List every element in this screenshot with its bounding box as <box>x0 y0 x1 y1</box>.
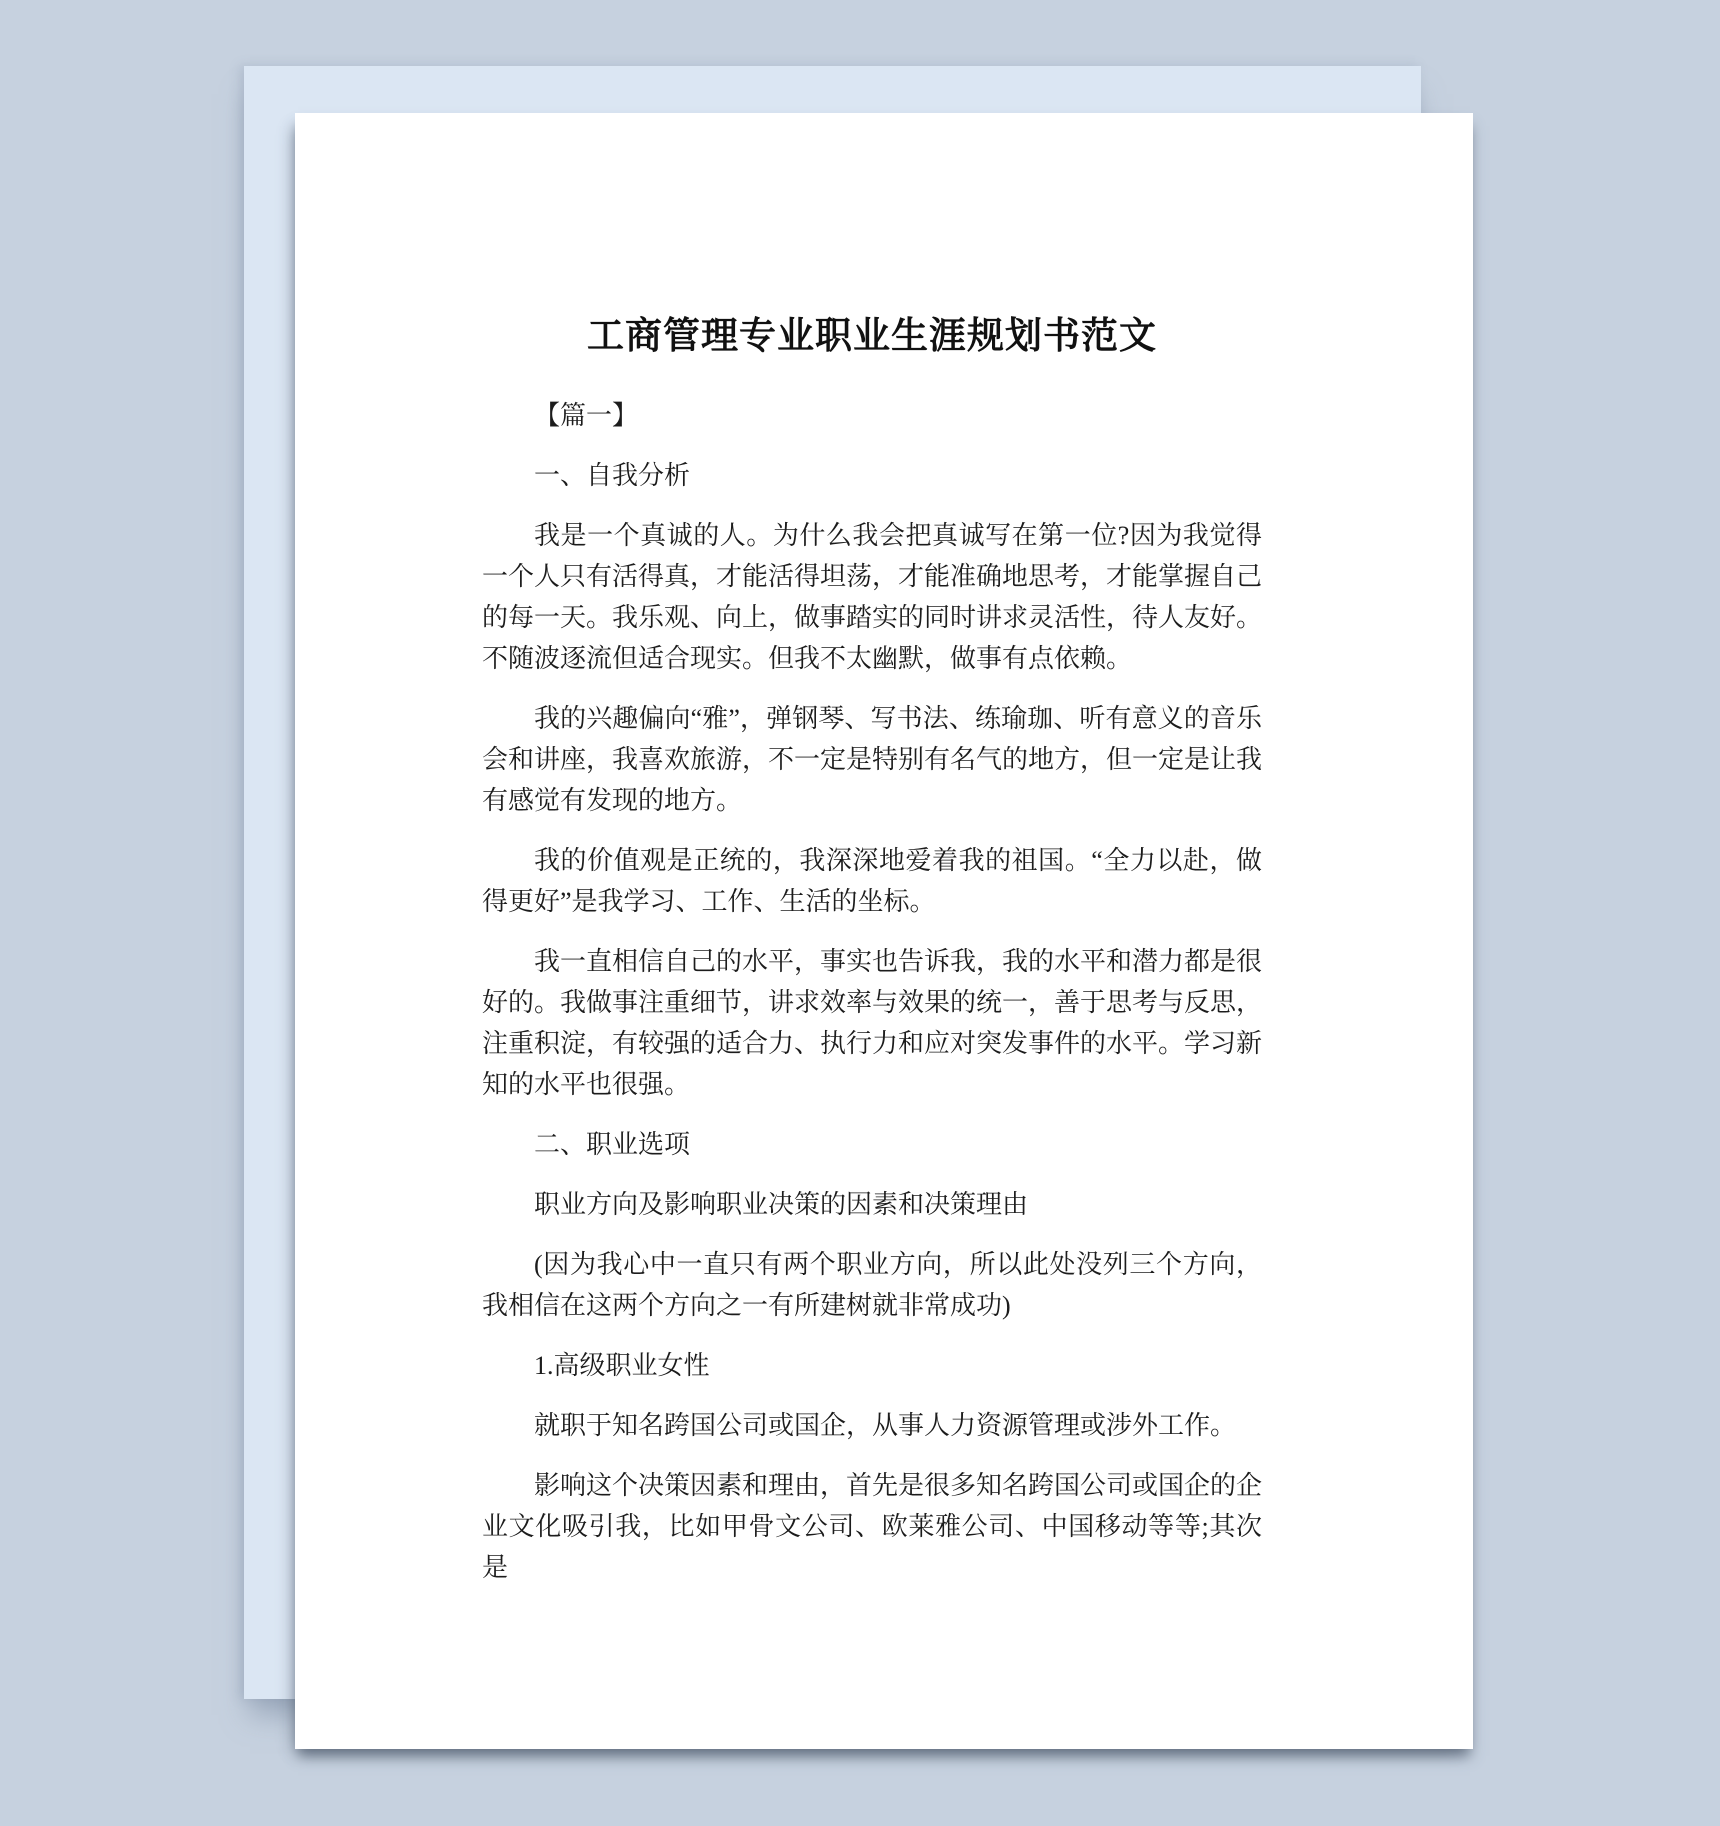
document-content: 工商管理专业职业生涯规划书范文 【篇一】一、自我分析我是一个真诚的人。为什么我会… <box>295 113 1473 1588</box>
paragraph: 我的兴趣偏向“雅”，弹钢琴、写书法、练瑜珈、听有意义的音乐会和讲座，我喜欢旅游，… <box>482 698 1262 821</box>
paragraph: 我一直相信自己的水平，事实也告诉我，我的水平和潜力都是很好的。我做事注重细节，讲… <box>482 941 1262 1105</box>
paragraph: 我的价值观是正统的，我深深地爱着我的祖国。“全力以赴，做得更好”是我学习、工作、… <box>482 840 1262 922</box>
paragraph: (因为我心中一直只有两个职业方向，所以此处没列三个方向，我相信在这两个方向之一有… <box>482 1244 1262 1326</box>
paragraph: 【篇一】 <box>482 395 1262 436</box>
document-page: 工商管理专业职业生涯规划书范文 【篇一】一、自我分析我是一个真诚的人。为什么我会… <box>295 113 1473 1749</box>
paragraph: 我是一个真诚的人。为什么我会把真诚写在第一位?因为我觉得一个人只有活得真，才能活… <box>482 515 1262 679</box>
paragraph: 就职于知名跨国公司或国企，从事人力资源管理或涉外工作。 <box>482 1405 1262 1446</box>
paragraph: 一、自我分析 <box>482 455 1262 496</box>
paragraph: 职业方向及影响职业决策的因素和决策理由 <box>482 1184 1262 1225</box>
paragraph: 1.高级职业女性 <box>482 1345 1262 1386</box>
document-title: 工商管理专业职业生涯规划书范文 <box>482 313 1262 359</box>
document-body: 【篇一】一、自我分析我是一个真诚的人。为什么我会把真诚写在第一位?因为我觉得一个… <box>482 395 1262 1588</box>
paragraph: 影响这个决策因素和理由，首先是很多知名跨国公司或国企的企业文化吸引我，比如甲骨文… <box>482 1465 1262 1588</box>
paragraph: 二、职业选项 <box>482 1124 1262 1165</box>
screenshot-canvas: { "colors": { "background": "#c6d1df", "… <box>0 0 1720 1826</box>
